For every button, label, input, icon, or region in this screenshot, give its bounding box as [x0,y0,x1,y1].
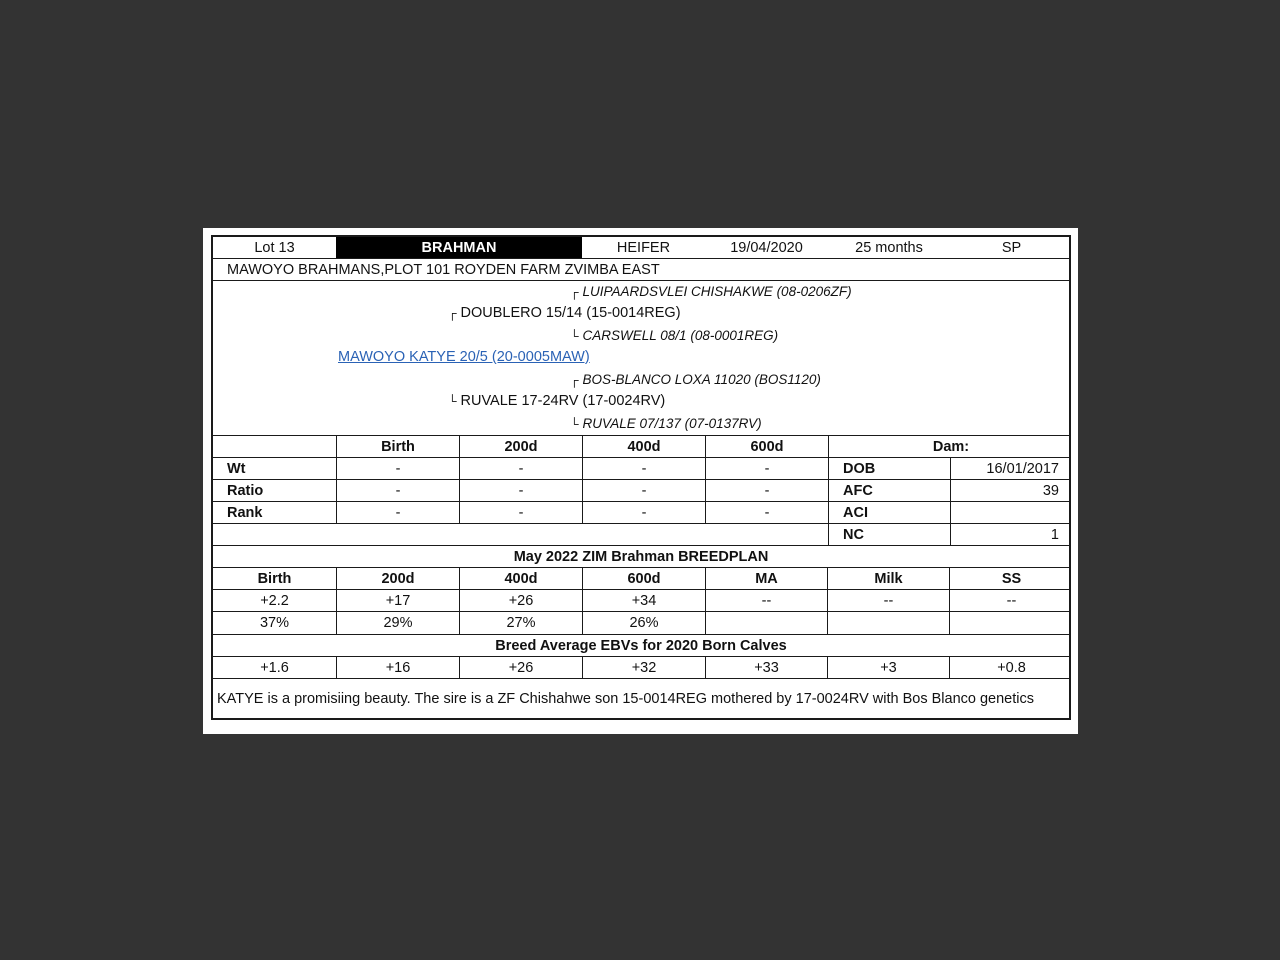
perf-col-header: Birth [336,436,459,457]
ebv-accuracy: 26% [582,612,705,634]
pedigree-sire: ┌DOUBLERO 15/14 (15-0014REG) [448,305,681,321]
perf-col-header: 400d [582,436,705,457]
pedigree-block: ┌LUIPAARDSVLEI CHISHAKWE (08-0206ZF) ┌DO… [213,281,1069,436]
perf-value: - [459,502,582,523]
pedigree-dam: └RUVALE 17-24RV (17-0024RV) [448,393,665,409]
subject-animal-link[interactable]: MAWOYO KATYE 20/5 (20-0005MAW) [338,349,590,365]
dam-field-value: 39 [950,480,1073,501]
ebv-col-header: 600d [582,568,705,589]
perf-value: - [336,502,459,523]
bracket-top-icon: ┌ [448,306,457,320]
ebv-accuracy: 37% [213,612,336,634]
ebv-col-header: Milk [827,568,949,589]
comment-row: KATYE is a promisiing beauty. The sire i… [213,679,1069,718]
breed-average-value: +32 [582,657,705,678]
sire-name: DOUBLERO 15/14 (15-0014REG) [461,305,681,321]
ebv-col-header: 200d [336,568,459,589]
blank-cell [213,436,336,457]
ebv-value: -- [705,590,827,611]
ebv-col-header: MA [705,568,827,589]
breeder-row: MAWOYO BRAHMANS,PLOT 101 ROYDEN FARM ZVI… [213,259,1069,281]
ebv-accuracy-row: 37%29%27%26% [213,612,1069,635]
perf-row-label: Wt [213,458,336,479]
pedigree-dam-sire: ┌BOS-BLANCO LOXA 11020 (BOS1120) [570,372,821,387]
age-label: 25 months [828,237,950,258]
ebv-col-header: 400d [459,568,582,589]
ebv-accuracy: 29% [336,612,459,634]
ebv-accuracy: 27% [459,612,582,634]
breed-average-row: +1.6+16+26+32+33+3+0.8 [213,657,1069,679]
perf-value: - [459,480,582,501]
performance-row: Rank - - - - ACI [213,502,1069,524]
sire-dam-name: CARSWELL 08/1 (08-0001REG) [583,328,779,343]
dam-field-label: DOB [828,458,950,479]
bracket-bottom-icon: └ [448,394,457,408]
dam-nc-row: NC 1 [213,524,1069,546]
dam-field-label: NC [828,524,950,545]
perf-col-header: 200d [459,436,582,457]
perf-value: - [582,458,705,479]
dam-field-value: 1 [950,524,1073,545]
header-row: Lot 13 BRAHMAN HEIFER 19/04/2020 25 mont… [213,237,1069,259]
perf-value: - [705,502,828,523]
performance-header-row: Birth 200d 400d 600d Dam: [213,436,1069,458]
ebv-value: +17 [336,590,459,611]
dam-field-label: ACI [828,502,950,523]
bracket-top-icon: ┌ [570,285,579,299]
ebv-value: +2.2 [213,590,336,611]
performance-row: Ratio - - - - AFC 39 [213,480,1069,502]
ebv-value: -- [949,590,1073,611]
breed-average-value: +0.8 [949,657,1073,678]
sex-label: HEIFER [582,237,705,258]
perf-row-label: Ratio [213,480,336,501]
comment-text: KATYE is a promisiing beauty. The sire i… [213,679,1069,718]
breedplan-title-row: May 2022 ZIM Brahman BREEDPLAN [213,546,1069,568]
birth-date: 19/04/2020 [705,237,828,258]
dam-field-label: AFC [828,480,950,501]
sire-sire-name: LUIPAARDSVLEI CHISHAKWE (08-0206ZF) [583,284,852,299]
perf-value: - [336,480,459,501]
ebv-value: +26 [459,590,582,611]
breed-average-value: +33 [705,657,827,678]
dam-field-value: 16/01/2017 [950,458,1073,479]
ebv-col-header: SS [949,568,1073,589]
ebv-values-row: +2.2+17+26+34------ [213,590,1069,612]
ebv-col-header: Birth [213,568,336,589]
dam-sire-name: BOS-BLANCO LOXA 11020 (BOS1120) [583,372,821,387]
pedigree-sire-sire: ┌LUIPAARDSVLEI CHISHAKWE (08-0206ZF) [570,284,852,299]
perf-value: - [582,502,705,523]
performance-row: Wt - - - - DOB 16/01/2017 [213,458,1069,480]
lot-card: Lot 13 BRAHMAN HEIFER 19/04/2020 25 mont… [203,228,1078,734]
blank-cell [213,524,828,545]
lot-number: Lot 13 [213,237,336,258]
breeder-name: MAWOYO BRAHMANS,PLOT 101 ROYDEN FARM ZVI… [213,259,1069,280]
bracket-bottom-icon: └ [570,329,579,343]
bracket-top-icon: ┌ [570,373,579,387]
ebv-accuracy [949,612,1073,634]
breed-average-value: +26 [459,657,582,678]
breed-average-title-row: Breed Average EBVs for 2020 Born Calves [213,635,1069,657]
breed-average-value: +1.6 [213,657,336,678]
dam-field-value [950,502,1073,523]
ebv-accuracy [705,612,827,634]
perf-value: - [705,458,828,479]
status-badge: SP [950,237,1073,258]
perf-value: - [459,458,582,479]
breed-average-value: +16 [336,657,459,678]
ebv-value: +34 [582,590,705,611]
breed-average-value: +3 [827,657,949,678]
dam-dam-name: RUVALE 07/137 (07-0137RV) [583,416,762,431]
dam-title: Dam: [828,436,1073,457]
perf-value: - [336,458,459,479]
ebv-value: -- [827,590,949,611]
breedplan-title: May 2022 ZIM Brahman BREEDPLAN [213,546,1069,567]
perf-col-header: 600d [705,436,828,457]
ebv-accuracy [827,612,949,634]
pedigree-subject: MAWOYO KATYE 20/5 (20-0005MAW) [338,349,590,365]
breed-average-title: Breed Average EBVs for 2020 Born Calves [213,635,1069,656]
perf-value: - [705,480,828,501]
ebv-header-row: Birth200d400d600dMAMilkSS [213,568,1069,590]
bracket-bottom-icon: └ [570,417,579,431]
dam-name: RUVALE 17-24RV (17-0024RV) [461,393,666,409]
pedigree-dam-dam: └RUVALE 07/137 (07-0137RV) [570,416,762,431]
perf-value: - [582,480,705,501]
perf-row-label: Rank [213,502,336,523]
breed-label: BRAHMAN [336,237,582,258]
pedigree-sire-dam: └CARSWELL 08/1 (08-0001REG) [570,328,778,343]
lot-sheet: Lot 13 BRAHMAN HEIFER 19/04/2020 25 mont… [211,235,1071,720]
